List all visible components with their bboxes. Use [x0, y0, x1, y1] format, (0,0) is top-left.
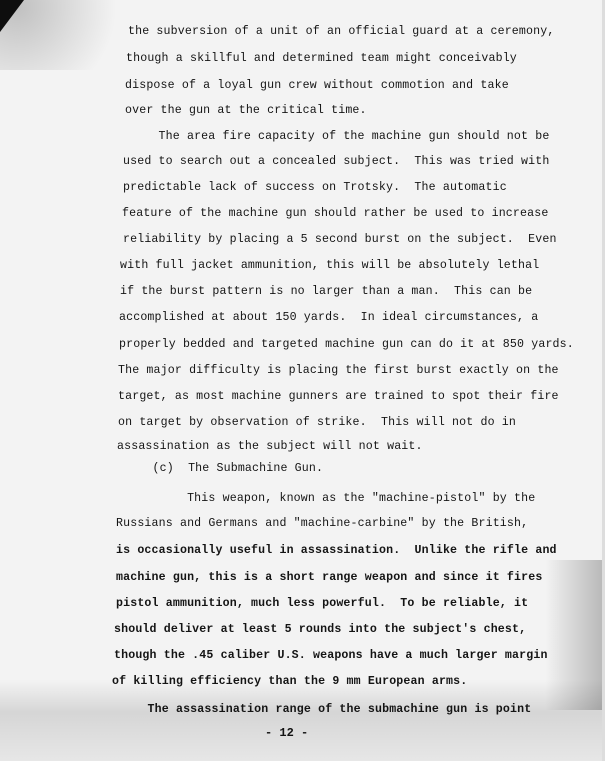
text-line: The area fire capacity of the machine gu… [123, 130, 549, 144]
scan-noise-bottom [0, 680, 605, 761]
text-line: over the gun at the critical time. [125, 104, 367, 118]
text-line: The assassination range of the submachin… [112, 703, 531, 717]
text-line: dispose of a loyal gun crew without comm… [125, 79, 509, 93]
text-line: assassination as the subject will not wa… [117, 440, 423, 454]
text-line: predictable lack of success on Trotsky. … [123, 181, 507, 195]
text-line: reliability by placing a 5 second burst … [123, 233, 557, 247]
document-page: the subversion of a unit of an official … [0, 0, 605, 761]
text-line: though a skillful and determined team mi… [126, 52, 517, 66]
text-line: used to search out a concealed subject. … [123, 155, 549, 169]
text-line: The major difficulty is placing the firs… [118, 364, 559, 378]
text-line: This weapon, known as the "machine-pisto… [116, 492, 535, 506]
text-line: feature of the machine gun should rather… [122, 207, 548, 221]
text-line: should deliver at least 5 rounds into th… [114, 623, 526, 637]
text-line: if the burst pattern is no larger than a… [120, 285, 532, 299]
text-line: pistol ammunition, much less powerful. T… [116, 597, 528, 611]
text-line: of killing efficiency than the 9 mm Euro… [112, 675, 467, 689]
page-number: - 12 - [265, 726, 308, 740]
text-line: is occasionally useful in assassination.… [116, 544, 557, 558]
text-line: the subversion of a unit of an official … [128, 25, 554, 39]
text-line: on target by observation of strike. This… [118, 416, 516, 430]
scan-noise-right [545, 560, 605, 710]
text-line: target, as most machine gunners are trai… [118, 390, 559, 404]
text-line: accomplished at about 150 yards. In idea… [119, 311, 538, 325]
text-line: properly bedded and targeted machine gun… [119, 338, 574, 352]
section-heading: (c) The Submachine Gun. [117, 462, 323, 476]
text-line: with full jacket ammunition, this will b… [120, 259, 539, 273]
text-line: though the .45 caliber U.S. weapons have… [114, 649, 548, 663]
text-line: Russians and Germans and "machine-carbin… [116, 517, 528, 531]
text-line: machine gun, this is a short range weapo… [116, 571, 542, 585]
